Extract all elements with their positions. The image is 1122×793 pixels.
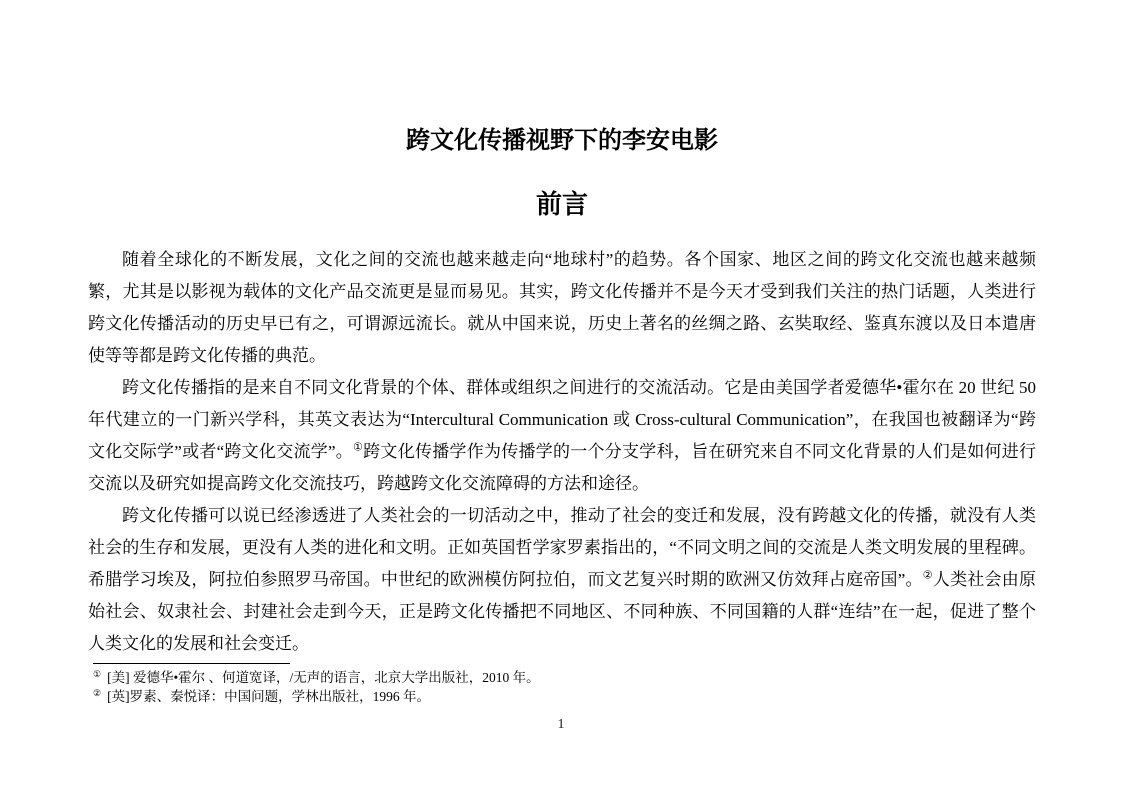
- paragraph-text: 随着全球化的不断发展，文化之间的交流也越来越走向“地球村”的趋势。各个国家、地区…: [88, 250, 1036, 365]
- footnote-1: ①[美] 爱德华•霍尔 、何道宽译，/无声的语言，北京大学出版社，2010 年。: [93, 668, 1036, 687]
- footnote-reference-1: ①: [353, 441, 363, 453]
- footnote-2: ②[英]罗素、秦悦译：中国问题，学林出版社，1996 年。: [93, 687, 1036, 706]
- body-paragraph-2: 跨文化传播指的是来自不同文化背景的个体、群体或组织之间进行的交流活动。它是由美国…: [88, 372, 1036, 500]
- section-heading-preface: 前言: [88, 186, 1036, 224]
- footnote-text: [英]罗素、秦悦译：中国问题，学林出版社，1996 年。: [107, 689, 430, 704]
- footnote-marker-2: ②: [93, 688, 101, 698]
- footnote-separator: [93, 663, 290, 664]
- page-number: 1: [0, 717, 1122, 733]
- document-title: 跨文化传播视野下的李安电影: [88, 0, 1036, 158]
- paragraph-text: 跨文化传播可以说已经渗透进了人类社会的一切活动之中，推动了社会的变迁和发展，没有…: [88, 506, 1036, 589]
- footnote-reference-2: ②: [923, 569, 933, 581]
- footnote-marker-1: ①: [93, 669, 101, 679]
- body-paragraph-3: 跨文化传播可以说已经渗透进了人类社会的一切活动之中，推动了社会的变迁和发展，没有…: [88, 500, 1036, 660]
- footnotes-section: ①[美] 爱德华•霍尔 、何道宽译，/无声的语言，北京大学出版社，2010 年。…: [93, 668, 1036, 706]
- document-page: 跨文化传播视野下的李安电影 前言 随着全球化的不断发展，文化之间的交流也越来越走…: [0, 0, 1122, 793]
- body-paragraph-1: 随着全球化的不断发展，文化之间的交流也越来越走向“地球村”的趋势。各个国家、地区…: [88, 244, 1036, 372]
- footnote-text: [美] 爱德华•霍尔 、何道宽译，/无声的语言，北京大学出版社，2010 年。: [107, 670, 540, 685]
- document-body: 随着全球化的不断发展，文化之间的交流也越来越走向“地球村”的趋势。各个国家、地区…: [88, 244, 1036, 660]
